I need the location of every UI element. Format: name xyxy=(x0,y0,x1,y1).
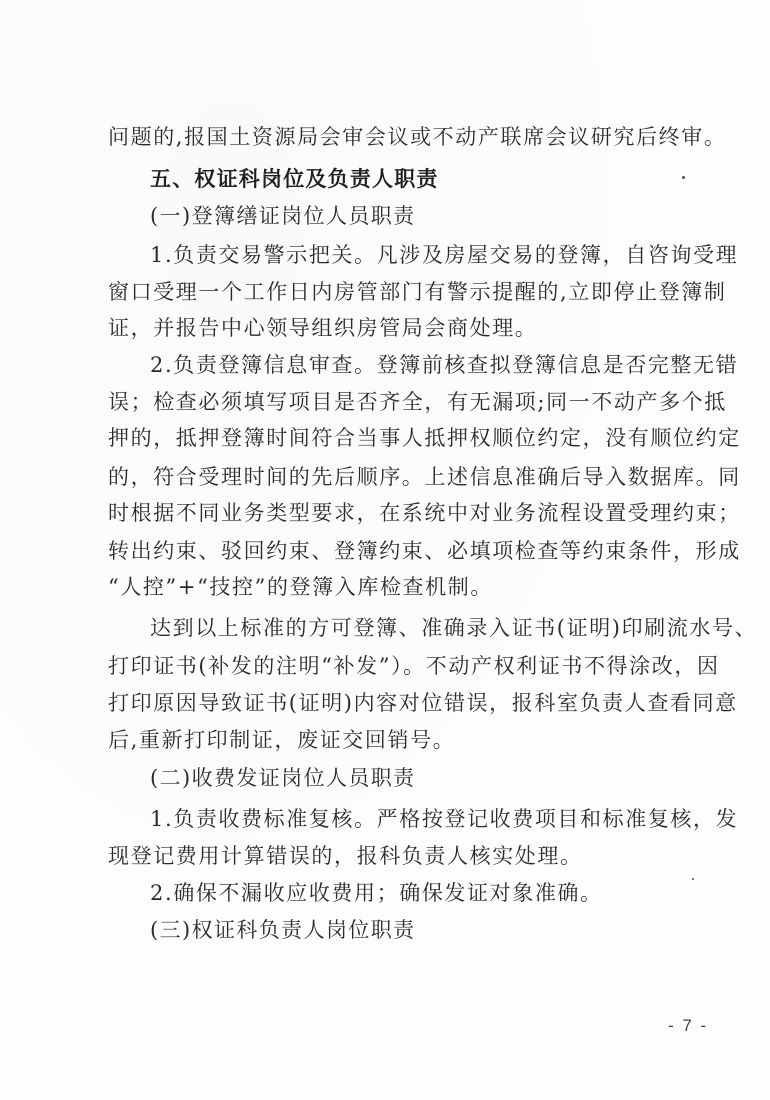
body-text-line: 现登记费用计算错误的，报科负责人核实处理。 xyxy=(108,843,583,869)
body-text-line: 打印证书(补发的注明“补发”）。不动产权利证书不得涂改，因 xyxy=(108,653,720,679)
body-text-line: “人控”+“技控”的登簿入库检查机制。 xyxy=(108,574,493,600)
section-heading: 五、权证科岗位及负责人职责 xyxy=(150,166,439,192)
body-text-line: 2.负责登簿信息审查。登簿前核查拟登簿信息是否完整无错 xyxy=(150,352,738,378)
scan-speck xyxy=(682,176,685,179)
body-text-line: 误；检查必须填写项目是否齐全，有无漏项;同一不动产多个抵 xyxy=(108,389,727,415)
subsection-heading: (一)登簿缮证岗位人员职责 xyxy=(150,203,416,229)
body-text-line: 1.负责交易警示把关。凡涉及房屋交易的登簿，自咨询受理 xyxy=(150,242,738,268)
body-text-line: 时根据不同业务类型要求，在系统中对业务流程设置受理约束； xyxy=(108,500,741,526)
body-text-line: 证，并报告中心领导组织房管局会商处理。 xyxy=(108,315,537,341)
body-text-line: 押的，抵押登簿时间符合当事人抵押权顺位约定，没有顺位约定 xyxy=(108,425,741,451)
body-text-line: 问题的,报国土资源局会审会议或不动产联席会议研究后终审。 xyxy=(108,124,726,150)
subsection-heading: (三)权证科负责人岗位职责 xyxy=(150,917,416,943)
subsection-heading: (二)收费发证岗位人员职责 xyxy=(150,765,416,791)
body-text-line: 后,重新打印制证，废证交回销号。 xyxy=(108,727,455,753)
scan-speck xyxy=(692,878,694,880)
body-text-line: 窗口受理一个工作日内房管部门有警示提醒的,立即停止登簿制 xyxy=(108,279,726,305)
body-text-line: 打印原因导致证书(证明)内容对位错误，报科室负责人查看同意 xyxy=(108,690,738,716)
scanned-document-page: 问题的,报国土资源局会审会议或不动产联席会议研究后终审。 五、权证科岗位及负责人… xyxy=(0,0,770,1100)
page-number: - 7 - xyxy=(668,1016,708,1036)
body-text-line: 转出约束、驳回约束、登簿约束、必填项检查等约束条件，形成 xyxy=(108,538,741,564)
body-text-line: 达到以上标准的方可登簿、准确录入证书(证明)印刷流水号、 xyxy=(150,615,757,641)
body-text-line: 2.确保不漏收应收费用；确保发证对象准确。 xyxy=(150,880,603,906)
body-text-line: 的，符合受理时间的先后顺序。上述信息准确后导入数据库。同 xyxy=(108,464,741,490)
body-text-line: 1.负责收费标准复核。严格按登记收费项目和标准复核，发 xyxy=(150,806,738,832)
